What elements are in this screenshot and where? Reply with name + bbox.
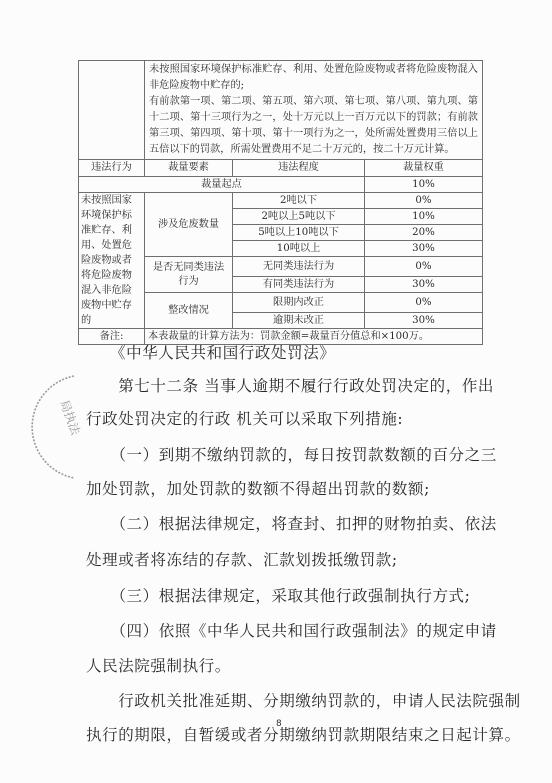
- table-intro-cell: 未按照国家环境保护标准贮存、利用、处置危险废物或者将危险废物混入非危险废物中贮存…: [145, 61, 483, 160]
- body-line: 行政机关批准延期、分期缴纳罚款的，申请人民法院强制: [86, 689, 521, 711]
- degree-cell: 2吨以下: [233, 193, 365, 209]
- body-line: （二）根据法律规定，将查封、扣押的财物拍卖、依法: [86, 512, 497, 534]
- violation-description: 未按照国家环境保护标准贮存、利用、处置危险废物或者将危险废物混入非危险废物中贮存…: [79, 193, 145, 329]
- seal-text: 局执法: [57, 398, 84, 438]
- body-line: 执行的期限，自暂缓或者分期缴纳罚款期限结束之日起计算。: [86, 723, 521, 745]
- body-line: 人民法院强制执行。: [86, 654, 231, 676]
- weight-cell: 0%: [365, 257, 483, 277]
- header-degree: 违法程度: [233, 160, 365, 177]
- law-title: 《中华人民共和国行政处罚法》: [110, 341, 335, 363]
- weight-cell: 30%: [365, 277, 483, 293]
- table-header-row: 违法行为 裁量要素 违法程度 裁量权重: [79, 160, 483, 177]
- degree-cell: 限期内改正: [233, 293, 365, 313]
- body-line: 处理或者将冻结的存款、汇款划拨抵缴罚款;: [86, 548, 398, 570]
- start-point-weight: 10%: [365, 177, 483, 193]
- page-number: 8: [276, 719, 282, 729]
- factor-hazwaste-quantity: 涉及危废数量: [145, 193, 233, 257]
- header-weight: 裁量权重: [365, 160, 483, 177]
- header-violation: 违法行为: [79, 160, 145, 177]
- document-page: 未按照国家环境保护标准贮存、利用、处置危险废物或者将危险废物混入非危险废物中贮存…: [0, 0, 552, 783]
- factor-rectification: 整改情况: [145, 293, 233, 329]
- degree-cell: 无同类违法行为: [233, 257, 365, 277]
- weight-cell: 0%: [365, 293, 483, 313]
- degree-cell: 逾期未改正: [233, 313, 365, 329]
- body-line: 行政处罚决定的行政 机关可以采取下列措施:: [86, 407, 403, 429]
- table-row-start-point: 裁量起点 10%: [79, 177, 483, 193]
- body-line: （一）到期不缴纳罚款的，每日按罚款数额的百分之三: [86, 443, 497, 465]
- weight-cell: 10%: [365, 209, 483, 225]
- table-row: 未按照国家环境保护标准贮存、利用、处置危险废物或者将危险废物混入非危险废物中贮存…: [79, 193, 483, 209]
- weight-cell: 30%: [365, 313, 483, 329]
- degree-cell: 10吨以上: [233, 241, 365, 257]
- degree-cell: 5吨以上10吨以下: [233, 225, 365, 241]
- header-factor: 裁量要素: [145, 160, 233, 177]
- factor-prior-violation: 是否无同类违法行为: [145, 257, 233, 293]
- weight-cell: 0%: [365, 193, 483, 209]
- intro-paragraph-2: 有前款第一项、第二项、第五项、第六项、第七项、第八项、第九项、第十二项、第十三项…: [149, 94, 478, 158]
- body-line: 加处罚款，加处罚款的数额不得超出罚款的数额;: [86, 477, 430, 499]
- body-line: （四）依照《中华人民共和国行政强制法》的规定申请: [86, 619, 497, 641]
- penalty-discretion-table: 未按照国家环境保护标准贮存、利用、处置危险废物或者将危险废物混入非危险废物中贮存…: [78, 60, 483, 345]
- start-point-label: 裁量起点: [79, 177, 365, 193]
- weight-cell: 20%: [365, 225, 483, 241]
- weight-cell: 30%: [365, 241, 483, 257]
- body-line: （三）根据法律规定，采取其他行政强制执行方式;: [86, 584, 470, 606]
- body-line: 第七十二条 当事人逾期不履行行政处罚决定的，作出: [86, 374, 494, 396]
- official-seal-icon: 局执法: [16, 372, 126, 482]
- degree-cell: 有同类违法行为: [233, 277, 365, 293]
- degree-cell: 2吨以上5吨以下: [233, 209, 365, 225]
- table-intro-blank-cell: [79, 61, 145, 160]
- intro-paragraph-1: 未按照国家环境保护标准贮存、利用、处置危险废物或者将危险废物混入非危险废物中贮存…: [149, 62, 478, 94]
